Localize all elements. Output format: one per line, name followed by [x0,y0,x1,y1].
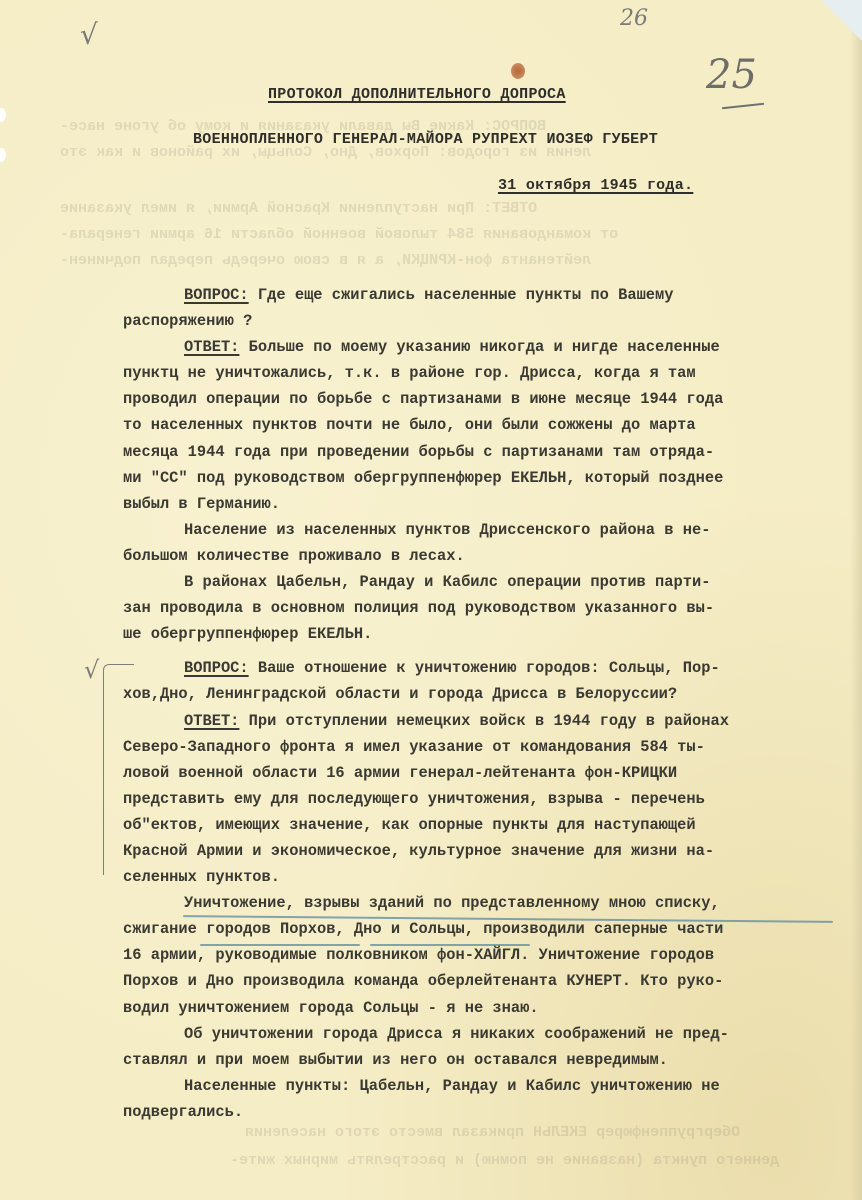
text-line: об"ектов, имеющих значение, как опорные … [123,812,842,838]
text-line: зан проводила в основном полиция под рук… [123,595,842,621]
bleed-through-text: Обергруппенфюрер ЕКЕЛЬН приказал вместо … [245,1124,740,1141]
text-line: выбыл в Германию. [123,491,842,517]
text-line: Где еще сжигались населенные пункты по В… [249,286,674,304]
document-title: ПРОТОКОЛ ДОПОЛНИТЕЛЬНОГО ДОПРОСА [268,86,566,103]
sheet-number-underline [722,103,764,109]
bleed-through-text: деннего пункта (название не помню) и рас… [230,1152,779,1169]
question-2: ВОПРОС: Ваше отношение к уничтожению гор… [152,655,842,681]
bleed-through-text: ОТВЕТ: При наступлении Красной Армии, я … [60,200,537,217]
text-line: большом количестве проживало в лесах. [123,543,842,569]
text-line: сжигание городов Порхов, Дно и Сольцы, п… [123,916,842,942]
text-line: Северо-Западного фронта я имел указание … [123,734,842,760]
question-label: ВОПРОС: [184,286,249,304]
answer-label: ОТВЕТ: [184,712,239,730]
text-line: Больше по моему указанию никогда и нигде… [239,338,719,356]
text-line: представить ему для последующего уничтож… [123,786,842,812]
text-line: ставлял и при моем выбытии из него он ос… [123,1047,842,1073]
document-subject: ВОЕННОПЛЕННОГО ГЕНЕРАЛ-МАЙОРА РУПРЕХТ ИО… [193,131,658,148]
text-line: пунктц не уничтожались, т.к. в районе го… [123,360,842,386]
checkmark-annotation: √ [80,18,98,51]
archive-number-annotation: 26 [620,6,648,31]
text-line: При отступлении немецких войск в 1944 го… [239,712,729,730]
text-line: Население из населенных пунктов Дриссенс… [152,517,842,543]
answer-2: ОТВЕТ: При отступлении немецких войск в … [152,708,842,734]
text-line: Ваше отношение к уничтожению городов: Со… [249,659,720,677]
document-date: 31 октября 1945 года. [498,177,693,194]
question-1: ВОПРОС: Где еще сжигались населенные пун… [152,282,842,308]
text-line: ми "СС" под руководством обергруппенфюре… [123,465,842,491]
bleed-through-text: лейтенанта фон-КРИЦКИ, а я в свою очеред… [60,252,591,269]
question-label: ВОПРОС: [184,659,249,677]
text-line: Населенные пункты: Цабельн, Рандау и Каб… [152,1073,842,1099]
text-line: Об уничтожении города Дрисса я никаких с… [152,1021,842,1047]
punch-hole [0,148,6,162]
answer-1: ОТВЕТ: Больше по моему указанию никогда … [152,334,842,360]
punch-hole [0,108,6,122]
text-line: ловой военной области 16 армии генерал-л… [123,760,842,786]
sheet-number-annotation: 25 [706,52,757,98]
text-line: Уничтожение, взрывы зданий по представле… [152,890,842,916]
text-line: распоряжению ? [123,308,842,334]
document-body: ВОПРОС: Где еще сжигались населенные пун… [152,282,842,1125]
text-line: проводил операции по борьбе с партизанам… [123,386,842,412]
answer-label: ОТВЕТ: [184,338,239,356]
text-line: то населенных пунктов почти не было, они… [123,412,842,438]
text-line: хов,Дно, Ленинградской области и города … [123,681,842,707]
text-line: водил уничтожением города Сольцы - я не … [123,995,842,1021]
page-edge [850,0,862,1200]
text-line: месяца 1944 года при проведении борьбы с… [123,439,842,465]
text-line: В районах Цабельн, Рандау и Кабилс опера… [152,569,842,595]
stain-mark [511,63,525,79]
text-line: Красной Армии и экономическое, культурно… [123,838,842,864]
text-line: подвергались. [123,1099,842,1125]
text-line: Порхов и Дно производила команда оберлей… [123,968,842,994]
text-line: селенных пунктов. [123,864,842,890]
bleed-through-text: от командования 584 тыловой военной обла… [60,226,618,243]
text-line: ше обергруппенфюрер ЕКЕЛЬН. [123,621,842,647]
text-line: 16 армии, руководимые полковником фон-ХА… [123,942,842,968]
document-page: ВОПРОС: Какие Вы давали указания и кому … [0,0,862,1200]
margin-checkmark-annotation: √ [84,656,99,684]
folded-corner [812,0,862,40]
